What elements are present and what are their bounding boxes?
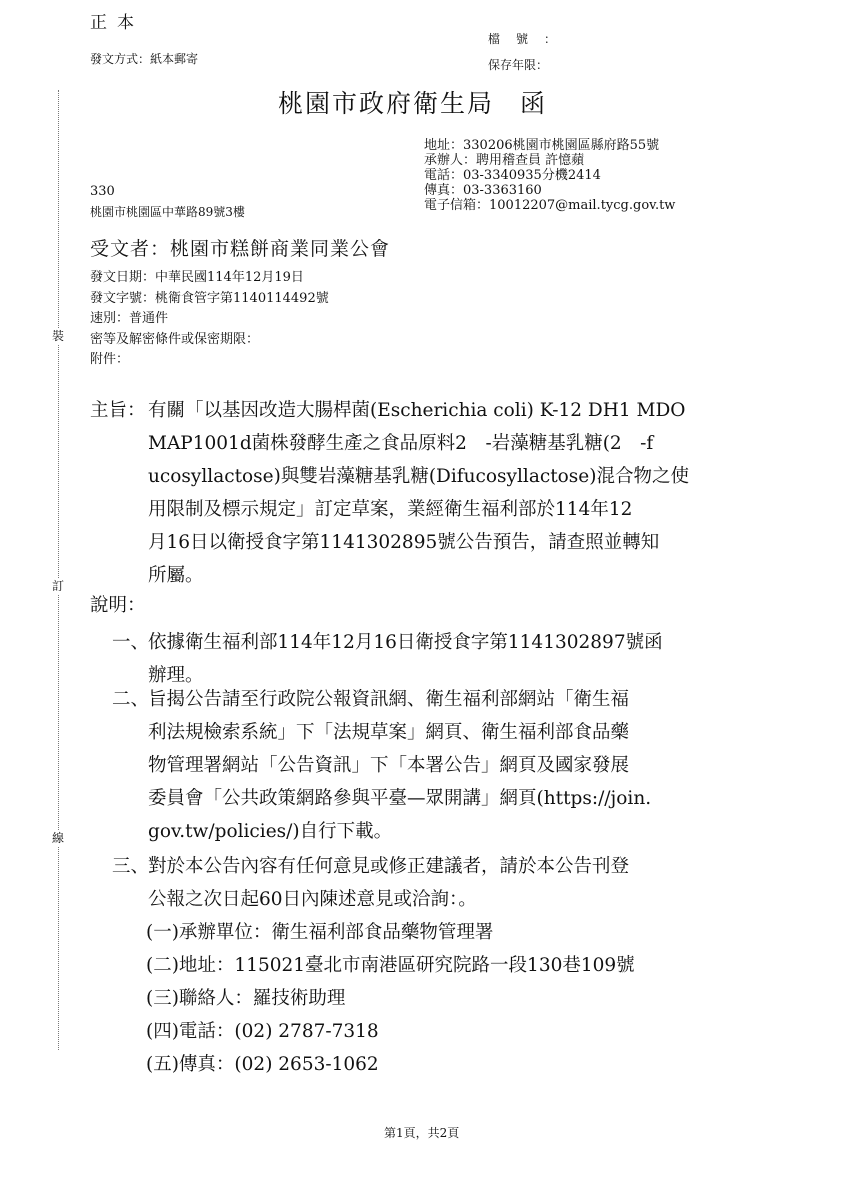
recipient: 受文者：桃園市糕餅商業同業公會 xyxy=(90,234,390,261)
page-indicator: 第1頁，共2頁 xyxy=(384,1124,459,1141)
item-line: 公報之次日起60日內陳述意見或洽詢：。 xyxy=(148,883,477,916)
document-number: 發文字號：桃衛食管字第1140114492號 xyxy=(90,289,329,310)
subject-line: 有關「以基因改造大腸桿菌(Escherichia coli) K-12 DH1 … xyxy=(148,394,689,427)
sub-item-fax: (五)傳真：(02) 2653-1062 xyxy=(146,1048,379,1081)
item-line: 依據衛生福利部114年12月16日衛授食字第1141302897號函 xyxy=(148,632,663,653)
file-number: 檔號： xyxy=(488,30,556,47)
binding-mark-xian: 線 xyxy=(50,830,66,846)
binding-mark-zhuang: 裝 xyxy=(50,328,66,344)
recipient-address: 桃園市桃園區中華路89號3樓 xyxy=(90,203,245,220)
item-line: 利法規檢索系統」下「法規草案」網頁、衛生福利部食品藥 xyxy=(148,716,629,749)
item-number: 三、 xyxy=(112,850,148,883)
sender-address: 地址：330206桃園市桃園區縣府路55號 xyxy=(424,138,675,153)
subject-line: 月16日以衛授食字第1141302895號公告預告，請查照並轉知 xyxy=(148,526,689,559)
subject-line: MAP1001d菌株發酵生產之食品原料2 -岩藻糖基乳糖(2 -f xyxy=(148,427,689,460)
explanation-item-3: 三、對於本公告內容有任何意見或修正建議者，請於本公告刊登 xyxy=(112,850,629,883)
item-line: gov.tw/policies/)自行下載。 xyxy=(148,815,392,848)
binding-dotted-line xyxy=(58,90,59,1050)
sender-info: 地址：330206桃園市桃園區縣府路55號 承辦人：聘用稽查員 許憶蘋 電話：0… xyxy=(424,138,675,213)
subject-line: ucosyllactose)與雙岩藻糖基乳糖(Difucosyllactose)… xyxy=(148,460,689,493)
item-line: 物管理署網站「公告資訊」下「本署公告」網頁及國家發展 xyxy=(148,749,629,782)
subject-line: 所屬。 xyxy=(148,559,689,592)
item-line: 對於本公告內容有任何意見或修正建議者，請於本公告刊登 xyxy=(148,856,629,877)
item-line: 旨揭公告請至行政院公報資訊網、衛生福利部網站「衛生福 xyxy=(148,689,629,710)
sender-phone: 電話：03-3340935分機2414 xyxy=(424,168,675,183)
item-number: 二、 xyxy=(112,683,148,716)
sub-item-phone: (四)電話：(02) 2787-7318 xyxy=(146,1015,379,1048)
recipient-zip: 330 xyxy=(90,184,115,199)
sub-item-handling-unit: (一)承辦單位：衛生福利部食品藥物管理署 xyxy=(146,916,493,949)
explanation-item-2: 二、旨揭公告請至行政院公報資訊網、衛生福利部網站「衛生福 xyxy=(112,683,629,716)
explanation-label: 說明： xyxy=(90,589,146,622)
attachments: 附件： xyxy=(90,350,329,371)
classification: 密等及解密條件或保密期限： xyxy=(90,330,329,351)
file-number-colon: ： xyxy=(544,32,556,46)
document-title: 桃園市政府衛生局函 xyxy=(278,84,547,120)
explanation-item-1: 一、依據衛生福利部114年12月16日衛授食字第1141302897號函 xyxy=(112,626,663,659)
subject-line: 用限制及標示規定」訂定草案，業經衛生福利部於114年12 xyxy=(148,493,689,526)
send-method: 發文方式：紙本郵寄 xyxy=(90,50,198,67)
sub-item-contact: (三)聯絡人：羅技術助理 xyxy=(146,982,345,1015)
sender-email: 電子信箱：10012207@mail.tycg.gov.tw xyxy=(424,198,675,213)
agency-name: 桃園市政府衛生局 xyxy=(278,89,494,118)
subject-text: 有關「以基因改造大腸桿菌(Escherichia coli) K-12 DH1 … xyxy=(148,394,689,592)
copy-mark: 正本 xyxy=(90,8,144,33)
item-line: 委員會「公共政策網路參與平臺—眾開講」網頁(https://join. xyxy=(148,782,651,815)
item-number: 一、 xyxy=(112,626,148,659)
subject-label: 主旨： xyxy=(90,394,146,427)
binding-mark-ding: 訂 xyxy=(50,578,66,594)
retention-period: 保存年限： xyxy=(488,56,548,73)
sub-item-address: (二)地址：115021臺北市南港區研究院路一段130巷109號 xyxy=(146,949,635,982)
document-type: 函 xyxy=(520,89,547,118)
priority: 速別：普通件 xyxy=(90,309,329,330)
sender-handler: 承辦人：聘用稽查員 許憶蘋 xyxy=(424,153,675,168)
sender-fax: 傳真：03-3363160 xyxy=(424,183,675,198)
issue-date: 發文日期：中華民國114年12月19日 xyxy=(90,268,329,289)
document-meta: 發文日期：中華民國114年12月19日 發文字號：桃衛食管字第114011449… xyxy=(90,268,329,371)
file-number-label: 檔號 xyxy=(488,32,544,46)
